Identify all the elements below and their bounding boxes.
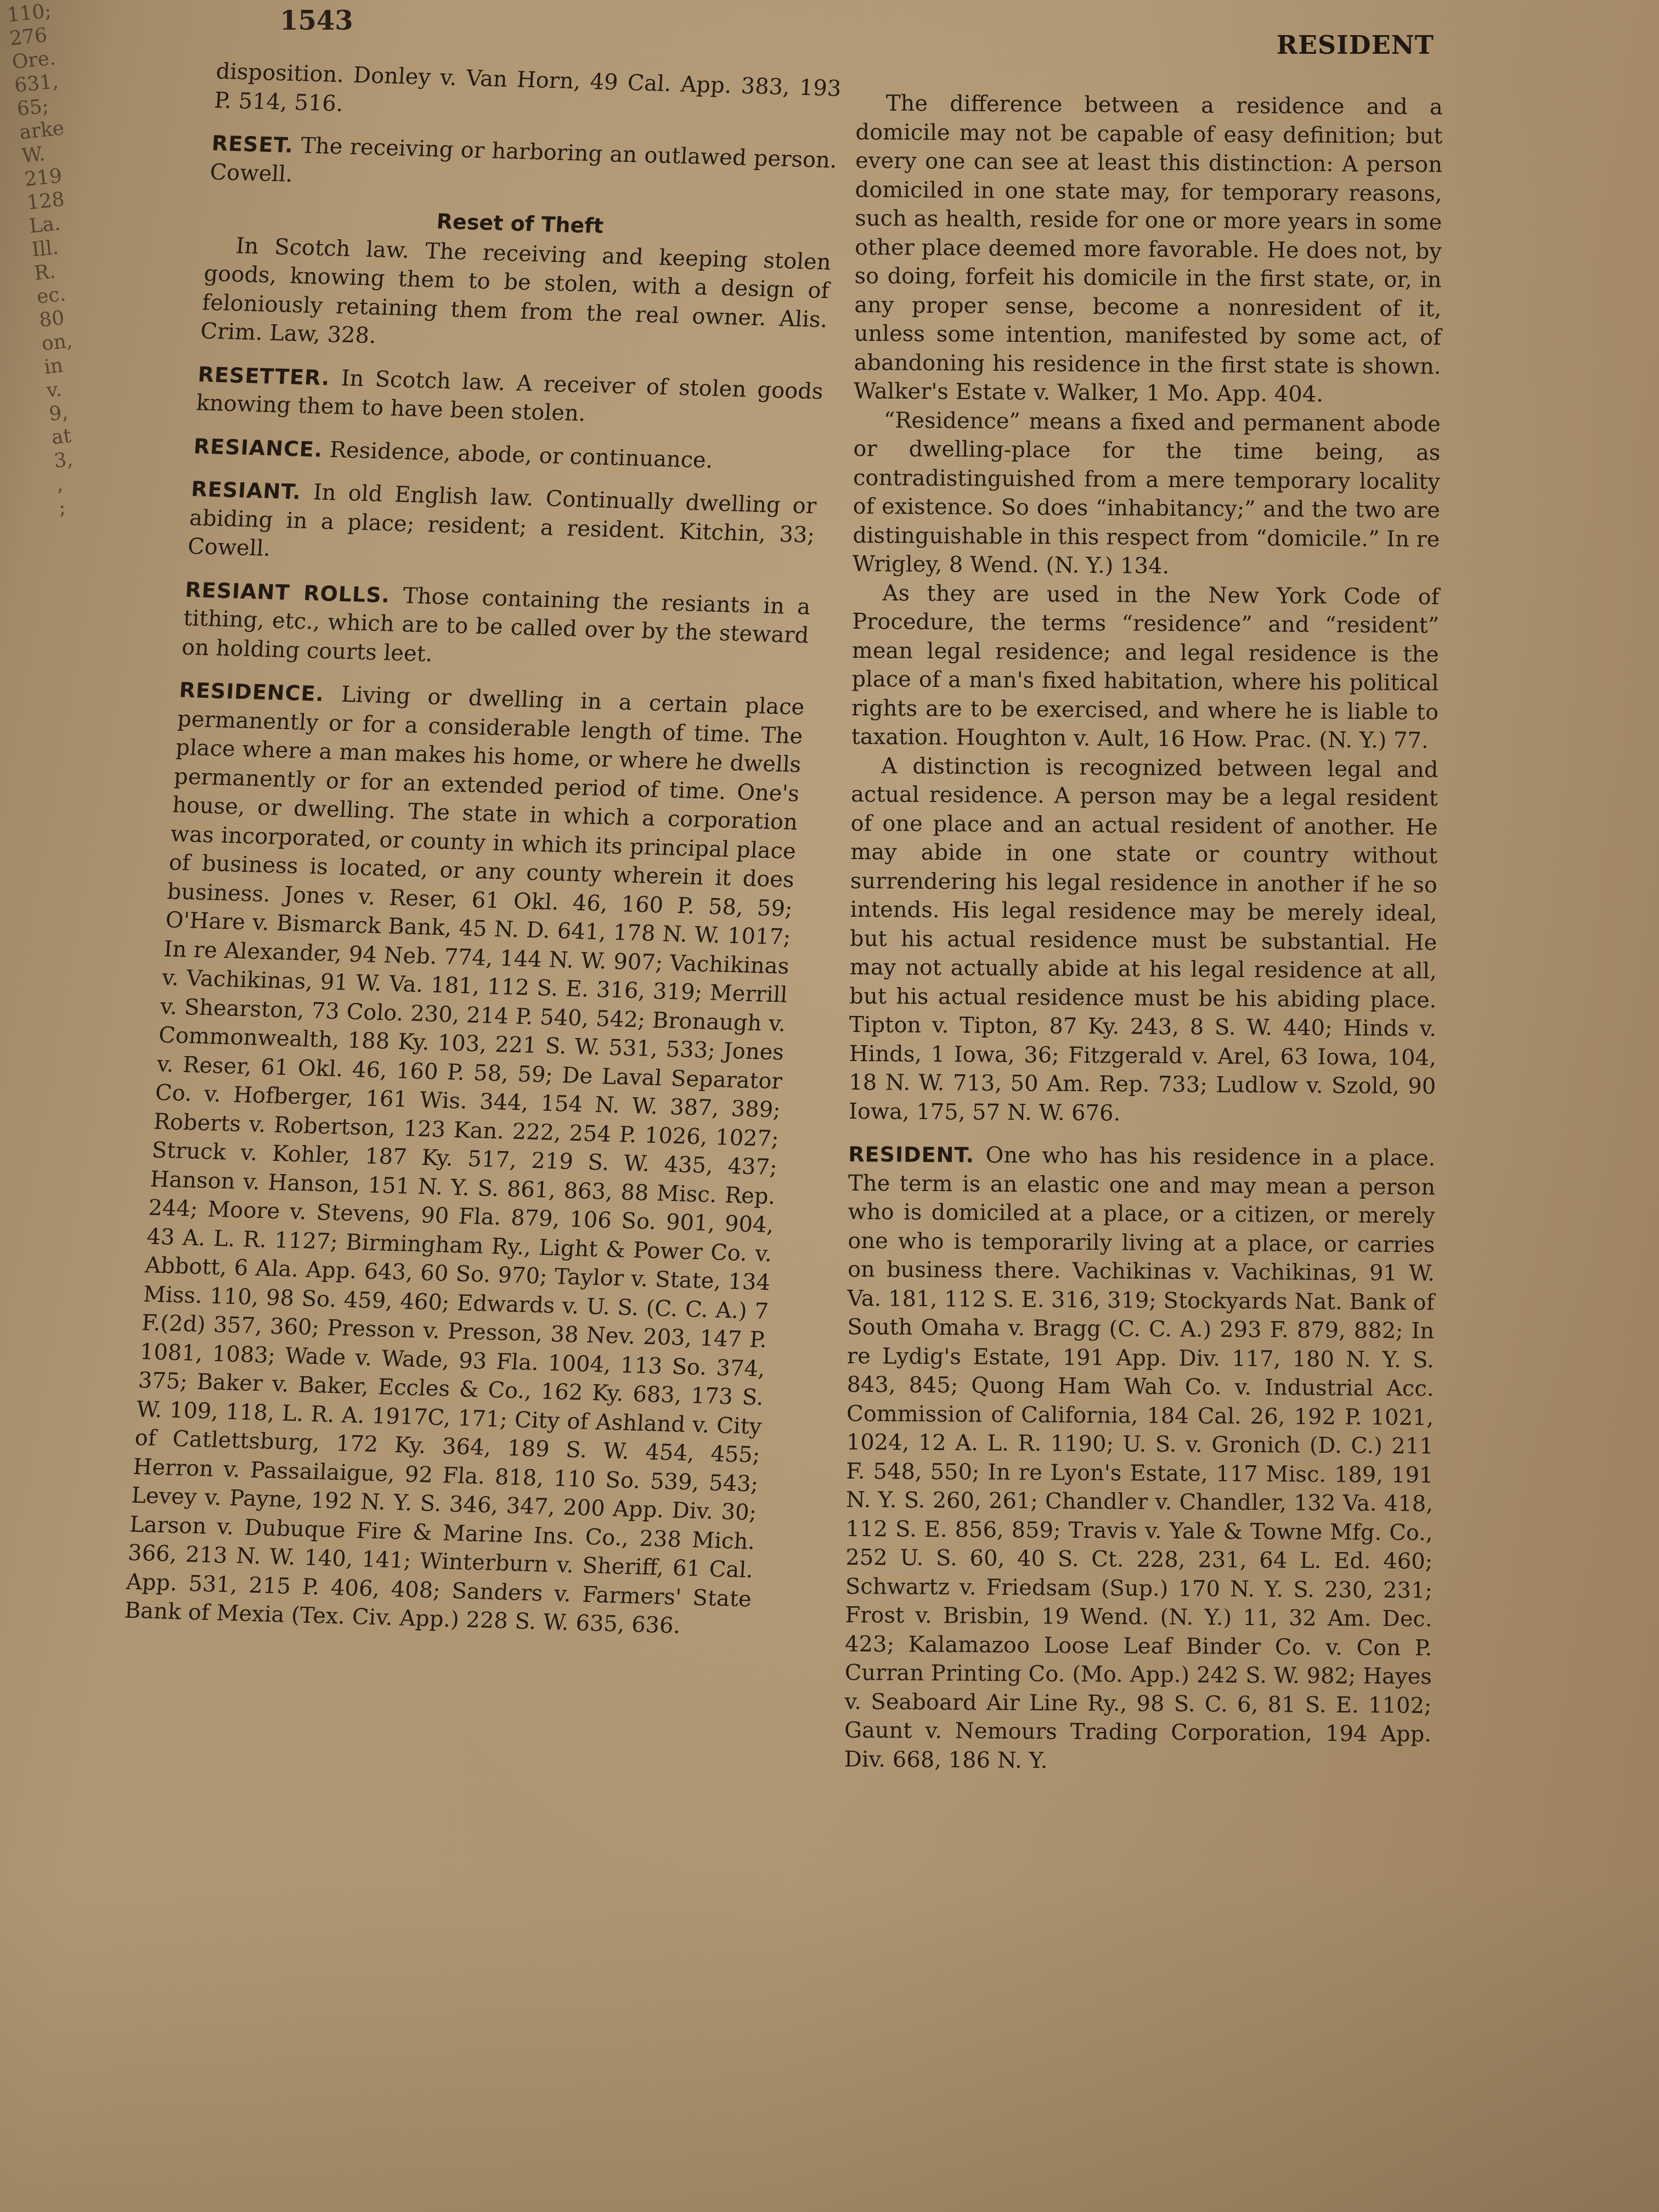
residence-paragraph: A distinction is recognized between lega…: [849, 751, 1438, 1130]
entry-term: RESIDENCE.: [178, 678, 325, 706]
left-column: disposition. Donley v. Van Horn, 49 Cal.…: [123, 57, 842, 1657]
entry-definition: Living or dwelling in a certain place pe…: [124, 682, 805, 1639]
entry-resiant: RESIANT. In old English law. Continually…: [187, 475, 817, 578]
entry-term: RESIANCE.: [193, 434, 324, 462]
entry-term: RESIDENT.: [848, 1142, 974, 1167]
entry-term: RESETTER.: [198, 362, 331, 390]
residence-paragraph: As they are used in the New York Code of…: [851, 578, 1440, 755]
entry-residence: RESIDENCE. Living or dwelling in a certa…: [123, 676, 805, 1643]
continuation-text: disposition. Donley v. Van Horn, 49 Cal.…: [213, 57, 842, 132]
running-head: RESIDENT: [1277, 30, 1434, 60]
entry-definition: The receiving or harboring an outlawed p…: [209, 133, 837, 187]
entry-definition: One who has his residence in a place. Th…: [844, 1143, 1436, 1773]
book-page: 110; 276 Ore. 631, 65; arke W. 219 128 L…: [0, 0, 1659, 2212]
entry-term: RESIANT ROLLS.: [184, 577, 391, 607]
entry-resiance: RESIANCE. Residence, abode, or continuan…: [193, 432, 820, 478]
entry-term: RESET.: [211, 131, 295, 157]
entry-resetter: RESETTER. In Scotch law. A receiver of s…: [195, 360, 824, 435]
facing-page-gutter-fragments: 110; 276 Ore. 631, 65; arke W. 219 128 L…: [0, 0, 140, 714]
entry-term: RESIANT.: [190, 477, 302, 504]
residence-paragraph: “Residence” means a fixed and permanent …: [853, 405, 1441, 582]
entry-reset: RESET. The receiving or harboring an out…: [209, 129, 838, 204]
right-column: The difference between a residence and a…: [844, 89, 1443, 1792]
entry-definition: Residence, abode, or continuance.: [329, 437, 714, 473]
entry-resident: RESIDENT. One who has his residence in a…: [844, 1140, 1436, 1778]
entry-resiant-rolls: RESIANT ROLLS. Those containing the resi…: [181, 575, 811, 679]
page-number: 1543: [280, 5, 353, 36]
entry-reset-of-theft: Reset of Theft In Scotch law. The receiv…: [200, 201, 833, 363]
entry-definition: In Scotch law. The receiving and keeping…: [200, 230, 832, 363]
residence-paragraph: The difference between a residence and a…: [854, 89, 1443, 410]
